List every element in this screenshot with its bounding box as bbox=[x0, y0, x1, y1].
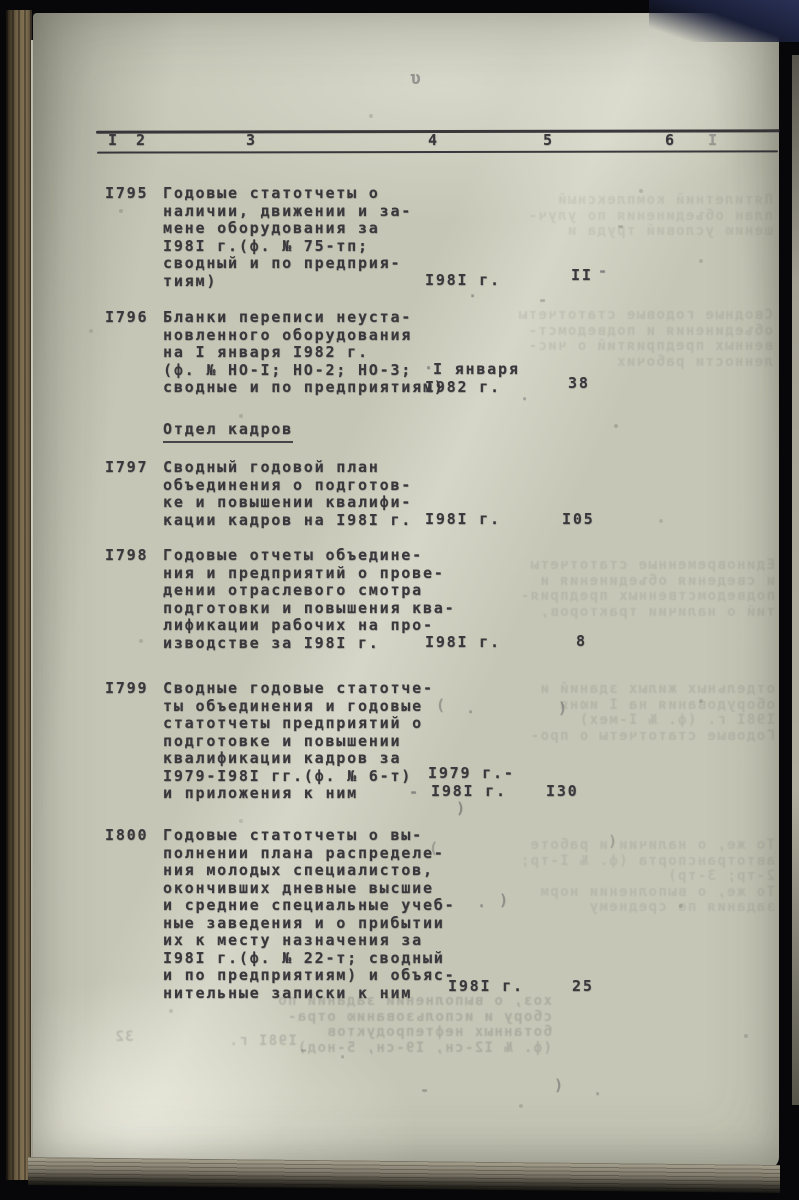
faint-mark: - bbox=[409, 784, 420, 802]
faint-mark: - bbox=[420, 1082, 431, 1100]
bleedthrough-text: Пятилетний комплексный план объединения … bbox=[588, 193, 773, 240]
bleedthrough-text: Единовременные статотчеты и сведения объ… bbox=[585, 558, 775, 620]
bleedthrough-date: I98I г. bbox=[228, 1034, 297, 1050]
faint-mark: . bbox=[424, 356, 435, 374]
faint-mark: ) bbox=[554, 1077, 565, 1095]
column-label-2: 2 bbox=[136, 132, 147, 150]
entry-number: I796 bbox=[105, 309, 148, 327]
entry-number: I800 bbox=[105, 827, 148, 845]
entry-description: Годовые статотчеты о вы- полнении плана … bbox=[163, 827, 473, 1002]
entry-dates: I98I г. bbox=[425, 272, 595, 290]
entry-dates: I98I г. bbox=[425, 634, 595, 652]
entry-count: II bbox=[571, 267, 593, 285]
table-header-bottom-rule bbox=[97, 150, 778, 153]
faint-mark: ( bbox=[429, 840, 440, 858]
entry-count: I05 bbox=[562, 511, 595, 529]
column-label-3: 3 bbox=[246, 132, 257, 150]
book-scan: I 2 3 4 5 6 I795 Годовые статотчеты о на… bbox=[0, 0, 799, 1200]
faint-mark: . bbox=[520, 387, 531, 405]
faint-mark: ) bbox=[499, 892, 510, 910]
bleedthrough-count: 32 bbox=[114, 1030, 134, 1046]
entry-count: 38 bbox=[568, 375, 590, 393]
faint-mark: . bbox=[466, 700, 477, 718]
faint-mark: . bbox=[477, 894, 488, 912]
faint-page-mark: ʋ bbox=[410, 68, 421, 89]
entry-count: I30 bbox=[546, 783, 579, 801]
entry-number: I798 bbox=[105, 547, 148, 565]
column-label-6: 6 bbox=[665, 132, 676, 150]
faint-facing-column-label: I bbox=[708, 132, 719, 150]
bleedthrough-text: Сводные годовые статотчеты объединения и… bbox=[588, 308, 773, 370]
column-label-5: 5 bbox=[543, 132, 554, 150]
entry-number: I797 bbox=[105, 459, 148, 477]
bleedthrough-text: отдельных жилых зданий и оборудования на… bbox=[500, 682, 775, 744]
bleedthrough-text: хоз, о выполнении заданий по сбору и исп… bbox=[352, 994, 552, 1056]
faint-mark: . bbox=[468, 284, 479, 302]
column-label-4: 4 bbox=[428, 132, 439, 150]
section-header: Отдел кадров bbox=[163, 421, 293, 443]
entry-count: 8 bbox=[576, 633, 587, 651]
page-content: I 2 3 4 5 6 I795 Годовые статотчеты о на… bbox=[0, 0, 799, 1200]
paper-speckles bbox=[0, 0, 2, 2]
faint-mark: ( bbox=[436, 697, 447, 715]
entry-number: I795 bbox=[105, 185, 148, 203]
faint-mark: - bbox=[598, 263, 609, 281]
faint-mark: ) bbox=[456, 800, 467, 818]
entry-number: I799 bbox=[105, 680, 148, 698]
column-label-1: I bbox=[108, 132, 119, 150]
entry-count: 25 bbox=[572, 978, 594, 996]
faint-mark: . bbox=[593, 1082, 604, 1100]
bleedthrough-text: То же, о наличии и работе автотранспорта… bbox=[585, 838, 775, 916]
